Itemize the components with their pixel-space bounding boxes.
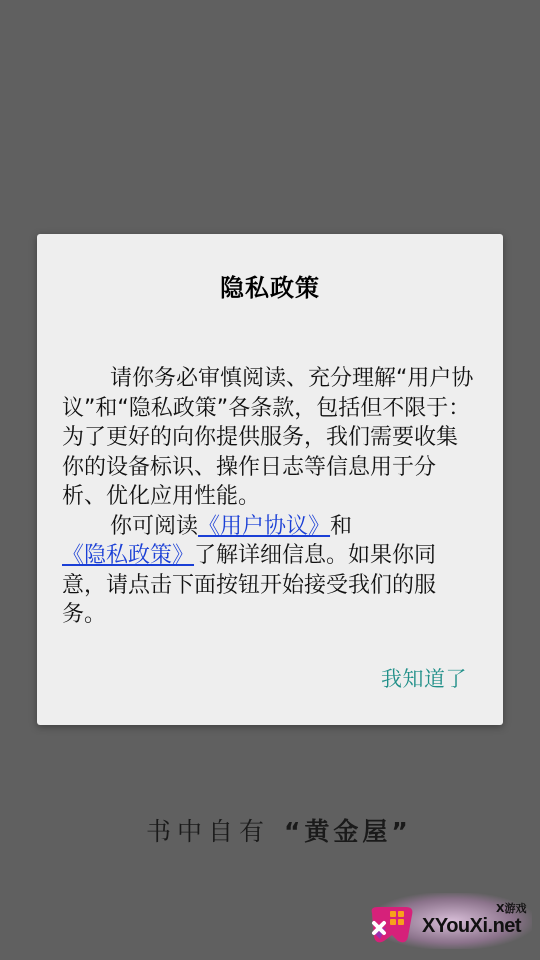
background-slogan: 书中自有 “黄金屋” xyxy=(146,812,412,848)
user-agreement-link[interactable]: 《用户协议》 xyxy=(198,514,330,539)
privacy-policy-dialog: 隐私政策 请你务必审慎阅读、充分理解“用户协议”和“隐私政策”各条款，包括但不限… xyxy=(37,234,503,725)
got-it-button[interactable]: 我知道了 xyxy=(381,663,467,693)
watermark-text: XYouXi.net xyxy=(422,915,521,938)
watermark-subtitle: X游戏 xyxy=(496,900,526,916)
slogan-emphasis: “黄金屋” xyxy=(284,817,412,846)
paragraph-2-and: 和 xyxy=(330,514,352,539)
gamepad-logo-icon xyxy=(366,903,418,947)
watermark: X游戏 XYouXi.net xyxy=(362,885,540,955)
dialog-body: 请你务必审慎阅读、充分理解“用户协议”和“隐私政策”各条款，包括但不限于：为了更… xyxy=(62,364,478,630)
privacy-paragraph-2: 你可阅读《用户协议》和《隐私政策》了解详细信息。如果你同意，请点击下面按钮开始接… xyxy=(62,512,478,630)
privacy-policy-link[interactable]: 《隐私政策》 xyxy=(62,543,194,568)
privacy-paragraph-1: 请你务必审慎阅读、充分理解“用户协议”和“隐私政策”各条款，包括但不限于：为了更… xyxy=(62,364,478,512)
dialog-title: 隐私政策 xyxy=(37,268,503,303)
paragraph-2-prefix: 你可阅读 xyxy=(110,514,198,539)
slogan-prefix: 书中自有 xyxy=(146,817,270,846)
